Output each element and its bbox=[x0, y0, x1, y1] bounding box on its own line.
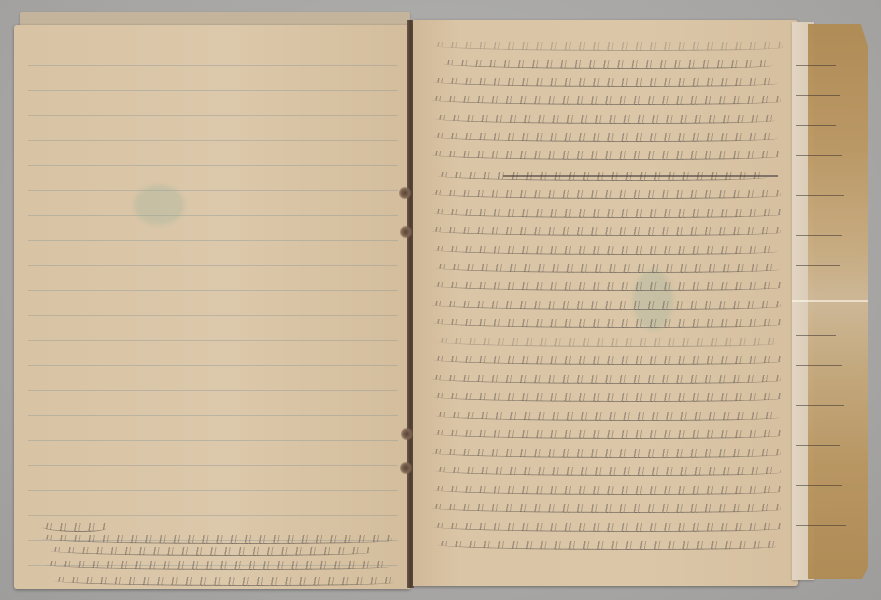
handwriting-line bbox=[433, 523, 781, 532]
page-rule bbox=[28, 240, 398, 241]
insert-handwriting bbox=[796, 360, 842, 366]
page-rule bbox=[28, 515, 398, 516]
staple bbox=[400, 462, 412, 474]
insert-crease bbox=[792, 300, 868, 302]
handwriting-line bbox=[42, 535, 392, 544]
page-rule bbox=[28, 490, 398, 491]
right-page bbox=[413, 20, 798, 586]
page-rule bbox=[28, 140, 398, 141]
handwriting-line bbox=[433, 356, 781, 365]
handwriting-line bbox=[431, 449, 781, 458]
handwriting-line bbox=[433, 486, 781, 495]
insert-handwriting bbox=[796, 330, 836, 336]
handwriting-line bbox=[435, 264, 780, 273]
handwriting-line bbox=[50, 547, 370, 556]
handwriting-line bbox=[433, 319, 781, 328]
left-page bbox=[14, 25, 410, 589]
handwriting-line bbox=[431, 96, 781, 105]
insert-handwriting bbox=[796, 190, 844, 196]
page-rule bbox=[28, 190, 398, 191]
page-rule bbox=[28, 115, 398, 116]
insert-handwriting bbox=[796, 400, 844, 406]
handwriting-line bbox=[433, 282, 781, 291]
handwriting-line bbox=[46, 561, 391, 570]
page-rule bbox=[28, 440, 398, 441]
page-rule bbox=[28, 90, 398, 91]
handwriting-line bbox=[433, 430, 781, 439]
insert-handwriting bbox=[796, 120, 836, 126]
handwriting-line bbox=[435, 412, 780, 421]
page-rule bbox=[28, 290, 398, 291]
page-rule bbox=[28, 465, 398, 466]
insert-handwriting bbox=[796, 520, 846, 526]
handwriting-line bbox=[431, 190, 781, 199]
staple bbox=[400, 226, 412, 238]
page-rule bbox=[28, 265, 398, 266]
insert-handwriting bbox=[796, 230, 842, 236]
handwriting-line bbox=[437, 338, 777, 347]
staple bbox=[399, 187, 411, 199]
handwriting-line bbox=[433, 209, 781, 218]
page-rule bbox=[28, 315, 398, 316]
handwriting-line bbox=[435, 115, 775, 124]
handwriting-line bbox=[437, 541, 777, 550]
handwriting-line bbox=[431, 504, 781, 513]
page-rule bbox=[28, 215, 398, 216]
page-rule bbox=[28, 365, 398, 366]
page-rule bbox=[28, 415, 398, 416]
handwriting-line bbox=[433, 42, 783, 51]
insert-handwriting bbox=[796, 90, 840, 96]
insert-handwriting bbox=[796, 480, 842, 486]
handwriting-line bbox=[42, 523, 106, 532]
handwriting-line bbox=[433, 393, 781, 402]
handwriting-line bbox=[431, 301, 781, 310]
insert-handwriting bbox=[796, 150, 842, 156]
handwriting-line bbox=[433, 246, 778, 255]
handwriting-line bbox=[54, 577, 394, 586]
insert-handwriting bbox=[796, 60, 836, 66]
page-rule bbox=[28, 65, 398, 66]
handwriting-line bbox=[435, 467, 781, 476]
insert-handwriting bbox=[796, 260, 840, 266]
insert-handwriting bbox=[796, 440, 840, 446]
stain bbox=[134, 185, 184, 225]
page-rule bbox=[28, 390, 398, 391]
notebook bbox=[0, 0, 881, 600]
handwriting-line bbox=[431, 151, 779, 160]
handwriting-line bbox=[433, 78, 778, 87]
handwriting-line bbox=[443, 60, 773, 69]
handwriting-line bbox=[433, 133, 778, 142]
handwriting-line bbox=[431, 227, 781, 236]
handwriting-line bbox=[431, 375, 781, 384]
handwriting-line bbox=[437, 172, 767, 181]
page-rule bbox=[28, 165, 398, 166]
page-rule bbox=[28, 340, 398, 341]
staple bbox=[401, 428, 413, 440]
